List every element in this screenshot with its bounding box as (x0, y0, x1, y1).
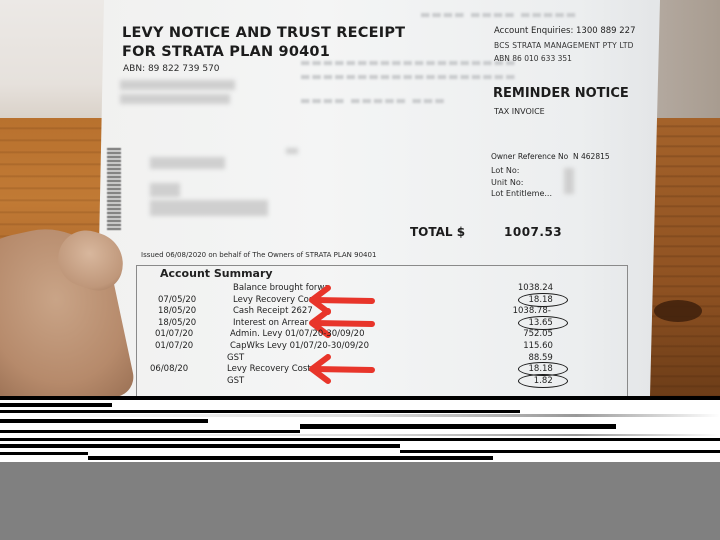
row-date: 07/05/20 (158, 295, 196, 305)
document-title: LEVY NOTICE AND TRUST RECEIPT (122, 25, 405, 41)
invoice-type: TAX INVOICE (494, 107, 545, 116)
row-amount: 88.59 (529, 353, 553, 363)
row-description: Interest on Arrear (233, 318, 308, 328)
redacted-lot-values (564, 168, 574, 194)
total-amount: 1007.53 (504, 225, 562, 239)
owner-reference-label: Owner Reference No (491, 152, 568, 161)
row-description: Cash Receipt 2627 (233, 306, 313, 316)
corrupted-grey-fill (0, 462, 720, 540)
row-amount: 1038.24 (518, 283, 553, 293)
red-arrow-annotation (306, 354, 376, 384)
showthrough-text: ▬▬▬▬▬▬▬▬▬▬▬▬▬▬▬▬▬▬▬ (300, 56, 516, 69)
row-date: 01/07/20 (155, 341, 193, 351)
wood-knot (654, 300, 702, 322)
abn: ABN: 89 822 739 570 (123, 64, 220, 74)
showthrough-text: ▬▬▬▬ ▬▬▬▬ ▬▬▬▬▬ (420, 8, 577, 21)
document-subtitle: FOR STRATA PLAN 90401 (122, 44, 330, 60)
manager-abn: ABN 86 010 633 351 (494, 54, 572, 63)
row-description: Admin. Levy 01/07/20-30/09/20 (230, 329, 365, 339)
row-amount: 1038.78- (513, 306, 551, 316)
owner-reference-value: N 462815 (573, 152, 610, 161)
strata-manager: BCS STRATA MANAGEMENT PTY LTD (494, 41, 634, 50)
account-enquiries: Account Enquiries: 1300 889 227 (494, 26, 636, 36)
pen-circle-annotation (518, 316, 568, 330)
pen-circle-annotation (518, 374, 568, 388)
total-label: TOTAL $ (410, 225, 465, 239)
redacted-owner-name (150, 157, 225, 169)
issued-line: Issued 06/08/2020 on behalf of The Owner… (141, 251, 376, 259)
row-description: CapWks Levy 01/07/20-30/09/20 (230, 341, 369, 351)
row-date: 01/07/20 (155, 329, 193, 339)
row-description: GST (227, 353, 244, 363)
row-date: 18/05/20 (158, 318, 196, 328)
pen-circle-annotation (518, 293, 568, 307)
row-date: 06/08/20 (150, 364, 188, 374)
corrupted-image-region (0, 396, 720, 462)
row-description: GST (227, 376, 244, 386)
row-amount: 115.60 (523, 341, 553, 351)
owner-reference: Owner Reference No N 462815 (491, 152, 610, 161)
redacted-name (120, 80, 235, 90)
account-summary-heading: Account Summary (160, 267, 273, 280)
row-description: Levy Recovery Costs (227, 364, 315, 374)
redacted-mark (286, 148, 298, 154)
showthrough-text: ▬▬▬▬ ▬▬▬▬▬ ▬▬▬ (300, 94, 446, 107)
row-amount: 752.05 (523, 329, 553, 339)
notice-type: REMINDER NOTICE (493, 86, 629, 101)
lot-no-label: Lot No: (491, 166, 519, 175)
redacted-address-line (150, 183, 180, 197)
showthrough-text: ▬▬▬▬▬▬▬▬▬▬▬▬▬▬▬▬▬▬▬ (300, 70, 516, 83)
lot-entitlement-label: Lot Entitleme... (491, 189, 552, 198)
barcode (107, 148, 121, 230)
unit-no-label: Unit No: (491, 178, 523, 187)
redacted-address-line (150, 200, 268, 216)
row-date: 18/05/20 (158, 306, 196, 316)
redacted-address (120, 94, 230, 104)
